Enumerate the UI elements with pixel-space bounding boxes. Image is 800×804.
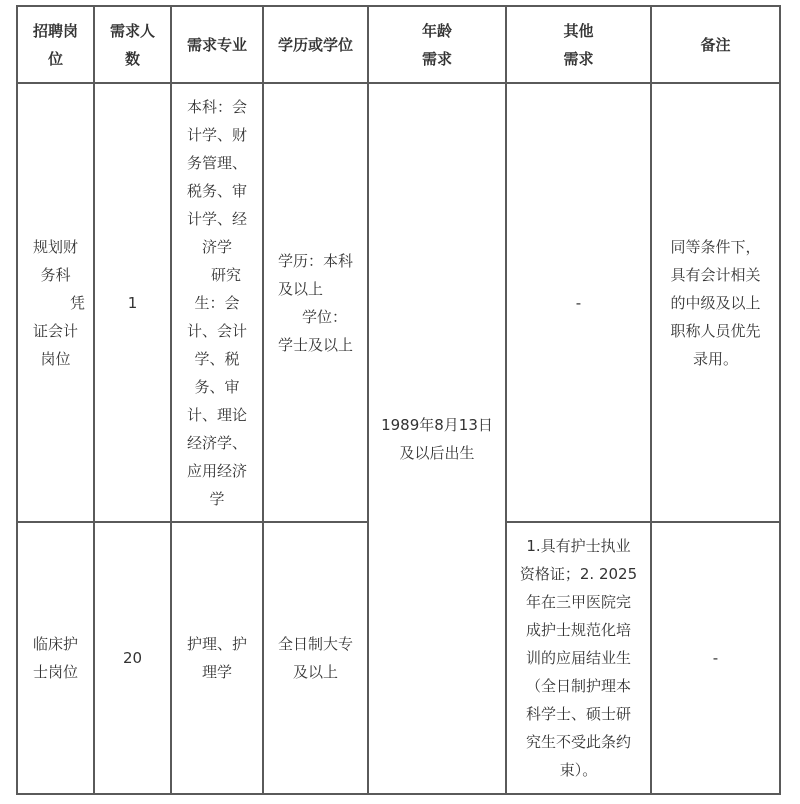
- header-other: 其他需求: [506, 6, 651, 83]
- cell-other: -: [506, 83, 651, 522]
- cell-major: 本科：会计学、财务管理、税务、审计学、经济学研究生：会计、会计学、税务、审计、理…: [171, 83, 263, 522]
- cell-education: 学历：本科及以上学位：学士及以上: [263, 83, 368, 522]
- cell-remark: 同等条件下，具有会计相关的中级及以上职称人员优先录用。: [651, 83, 780, 522]
- cell-position: 临床护士岗位: [17, 522, 94, 794]
- cell-position: 规划财务科凭证会计岗位: [17, 83, 94, 522]
- cell-count: 20: [94, 522, 171, 794]
- header-position: 招聘岗位: [17, 6, 94, 83]
- header-count: 需求人数: [94, 6, 171, 83]
- cell-count: 1: [94, 83, 171, 522]
- cell-age-requirement: 1989年8月13日及以后出生: [368, 83, 506, 794]
- cell-major: 护理、护理学: [171, 522, 263, 794]
- header-age: 年龄需求: [368, 6, 506, 83]
- cell-remark: -: [651, 522, 780, 794]
- header-major: 需求专业: [171, 6, 263, 83]
- cell-other: 1.具有护士执业资格证；2. 2025年在三甲医院完成护士规范化培训的应届结业生…: [506, 522, 651, 794]
- header-row: 招聘岗位 需求人数 需求专业 学历或学位 年龄需求 其他需求 备注: [17, 6, 780, 83]
- recruitment-table: 招聘岗位 需求人数 需求专业 学历或学位 年龄需求 其他需求 备注 规划财务科凭…: [16, 5, 781, 795]
- table-row: 规划财务科凭证会计岗位 1 本科：会计学、财务管理、税务、审计学、经济学研究生：…: [17, 83, 780, 522]
- header-education: 学历或学位: [263, 6, 368, 83]
- cell-education: 全日制大专及以上: [263, 522, 368, 794]
- header-remark: 备注: [651, 6, 780, 83]
